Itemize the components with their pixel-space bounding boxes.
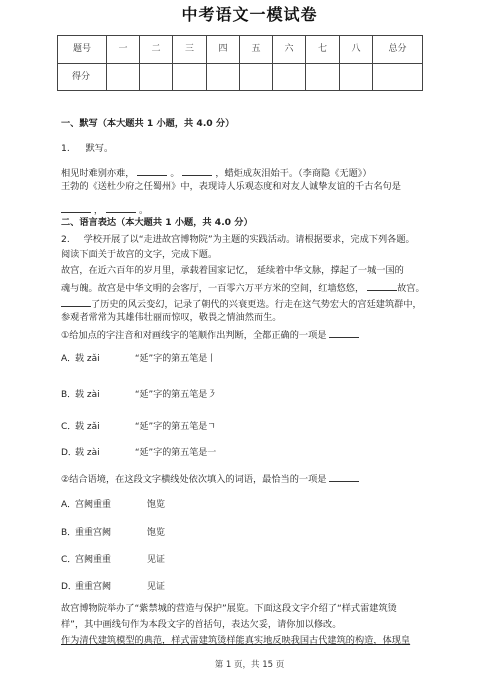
header-cell: 三 — [173, 36, 207, 64]
question-number: 1. — [61, 143, 70, 154]
option-letter: C． — [61, 552, 75, 565]
underlined-sentence: 作为清代建筑模型的典范，样式雷建筑烫样能真实地反映我国古代建筑的构造，体现皇 — [61, 635, 410, 647]
sub-question-1: ①给加点的字注音和对画线字的笔顺作出判断，全都正确的一项是 — [61, 328, 359, 342]
passage-line: 魂与魄。故宫是中华文明的会客厅，一百零六万平方米的空间，红墙悠悠， 故宫。 — [61, 281, 425, 295]
option-text: “延”字的第五笔是 — [135, 390, 207, 400]
passage-line: 参观者常常为其雄伟壮丽而惊叹，敬畏之情油然而生。 — [61, 312, 282, 324]
option-letter: A． — [61, 497, 75, 510]
option-word1: 重重宫阙 — [75, 579, 147, 592]
section2-heading: 二、语言表达（本大题共 1 小题，共 4.0 分） — [61, 217, 253, 229]
punctuation: 。 — [139, 205, 148, 216]
score-table-score-row: 得分 — [58, 64, 423, 91]
poem-text: 相见时难别亦难， — [61, 168, 135, 179]
section1-line2: 王勃的《送杜少府之任蜀州》中，表现诗人乐观态度和对友人诚挚友谊的千古名句是 — [61, 181, 401, 193]
answer-blank[interactable] — [367, 281, 397, 291]
score-cell — [240, 64, 273, 91]
answer-blank[interactable] — [182, 166, 212, 176]
punctuation: 。 — [170, 168, 179, 179]
punctuation: ， — [94, 205, 103, 216]
score-cell — [207, 64, 240, 91]
option-text: “延”字的第五笔是 — [135, 354, 207, 364]
instruction: 阅读下面关于故宫的文字，完成下题。 — [61, 249, 217, 261]
option-letter: D． — [61, 445, 75, 458]
sub-question-prompt: ②结合语境，在这段文字横线处依次填入的词语，最恰当的一项是 — [61, 474, 327, 485]
header-cell: 四 — [207, 36, 240, 64]
option-pinyin: zài — [87, 448, 135, 458]
answer-blank[interactable] — [329, 472, 359, 482]
header-cell: 题号 — [58, 36, 107, 64]
option-letter: D． — [61, 579, 75, 592]
score-cell — [140, 64, 173, 91]
page-footer: 第 1 页，共 15 页 — [0, 658, 499, 670]
score-cell — [340, 64, 373, 91]
option-word1: 重重宫阙 — [75, 525, 147, 538]
question-1: 1. 默写。 — [61, 143, 113, 155]
option-char: 载 — [75, 448, 84, 458]
option-letter: A． — [61, 351, 75, 364]
option-pinyin: zài — [87, 390, 135, 400]
header-cell: 一 — [107, 36, 140, 64]
score-cell — [107, 64, 140, 91]
option-pinyin: zǎi — [87, 354, 135, 364]
passage-text: 魂与魄。故宫是中华文明的会客厅，一百零六万平方米的空间，红墙悠悠， — [61, 283, 364, 294]
option-char: 载 — [75, 422, 84, 432]
question-2: 2. 学校开展了以“走进故宫博物院”为主题的实践活动。请根据要求，完成下列各题。 — [61, 234, 415, 246]
answer-blank[interactable] — [61, 297, 91, 307]
stroke-glyph: 丨 — [207, 354, 216, 364]
poem-text: ，蜡炬成灰泪始干。（李商隐《无题》） — [215, 168, 371, 179]
score-cell — [373, 64, 423, 91]
stroke-glyph: 一 — [207, 448, 216, 458]
question-title: 默写。 — [86, 143, 114, 154]
score-row-label: 得分 — [58, 64, 107, 91]
header-cell: 五 — [240, 36, 273, 64]
option-word2: 见证 — [147, 555, 165, 565]
option-d[interactable]: D．重重宫阙见证 — [61, 579, 165, 592]
option-b[interactable]: B．重重宫阙饱览 — [61, 525, 165, 538]
answer-blank[interactable] — [329, 328, 359, 338]
passage-text: 了历史的风云变幻，记录了朝代的兴衰更迭。行走在这气势宏大的宫廷建筑群中， — [91, 299, 422, 310]
option-a[interactable]: A．载 zǎi“延”字的第五笔是丨 — [61, 351, 216, 364]
option-a[interactable]: A．宫阙重重饱览 — [61, 497, 165, 510]
score-cell — [306, 64, 340, 91]
option-letter: C． — [61, 419, 75, 432]
section1-line3: ， 。 — [61, 203, 148, 217]
header-cell: 六 — [273, 36, 306, 64]
option-char: 载 — [75, 390, 84, 400]
option-letter: B． — [61, 525, 75, 538]
score-cell — [173, 64, 207, 91]
header-cell: 八 — [340, 36, 373, 64]
option-c[interactable]: C．宫阙重重见证 — [61, 552, 165, 565]
score-table: 题号 一 二 三 四 五 六 七 八 总分 得分 — [57, 35, 423, 91]
sub3-intro-line: 样”，其中画线句作为本段文字的首括句，表达欠妥，请你加以修改。 — [61, 619, 341, 631]
passage-text: 故宫。 — [397, 283, 425, 294]
sub3-intro-line: 故宫博物院举办了“紫禁城的营造与保护”展览。下面这段文字介绍了“样式雷建筑烫 — [61, 603, 397, 615]
option-word2: 见证 — [147, 582, 165, 592]
score-cell — [273, 64, 306, 91]
question-text: 学校开展了以“走进故宫博物院”为主题的实践活动。请根据要求，完成下列各题。 — [84, 234, 415, 245]
section1-line1: 相见时难别亦难， 。 ，蜡炬成灰泪始干。（李商隐《无题》） — [61, 166, 372, 180]
option-word1: 宫阙重重 — [75, 497, 147, 510]
passage-line: 了历史的风云变幻，记录了朝代的兴衰更迭。行走在这气势宏大的宫廷建筑群中， — [61, 297, 422, 311]
header-cell: 七 — [306, 36, 340, 64]
answer-blank[interactable] — [137, 166, 167, 176]
sub-question-prompt: ①给加点的字注音和对画线字的笔顺作出判断，全都正确的一项是 — [61, 330, 327, 341]
score-table-header-row: 题号 一 二 三 四 五 六 七 八 总分 — [58, 36, 423, 64]
passage-line: 故宫，在近六百年的岁月里，承载着国家记忆， 延续着中华文脉，撑起了一城一国的 — [61, 265, 404, 277]
option-letter: B． — [61, 387, 75, 400]
answer-blank[interactable] — [106, 203, 136, 213]
section1-heading: 一、默写（本大题共 1 小题，共 4.0 分） — [61, 118, 234, 130]
option-text: “延”字的第五笔是 — [135, 448, 207, 458]
sub-question-2: ②结合语境，在这段文字横线处依次填入的词语，最恰当的一项是 — [61, 472, 359, 486]
answer-blank[interactable] — [61, 203, 91, 213]
question-number: 2. — [61, 234, 70, 245]
stroke-glyph: ㇋ — [207, 390, 216, 400]
header-cell: 总分 — [373, 36, 423, 64]
option-word2: 饱览 — [147, 500, 165, 510]
option-c[interactable]: C．载 zǎi“延”字的第五笔是ㄱ — [61, 419, 216, 432]
option-char: 载 — [75, 354, 84, 364]
option-b[interactable]: B．载 zài“延”字的第五笔是㇋ — [61, 387, 216, 400]
option-d[interactable]: D．载 zài“延”字的第五笔是一 — [61, 445, 216, 458]
option-word2: 饱览 — [147, 528, 165, 538]
document-title: 中考语文一模试卷 — [0, 2, 499, 25]
option-pinyin: zǎi — [87, 422, 135, 432]
header-cell: 二 — [140, 36, 173, 64]
option-text: “延”字的第五笔是 — [135, 422, 207, 432]
option-word1: 宫阙重重 — [75, 552, 147, 565]
stroke-glyph: ㄱ — [207, 422, 216, 432]
